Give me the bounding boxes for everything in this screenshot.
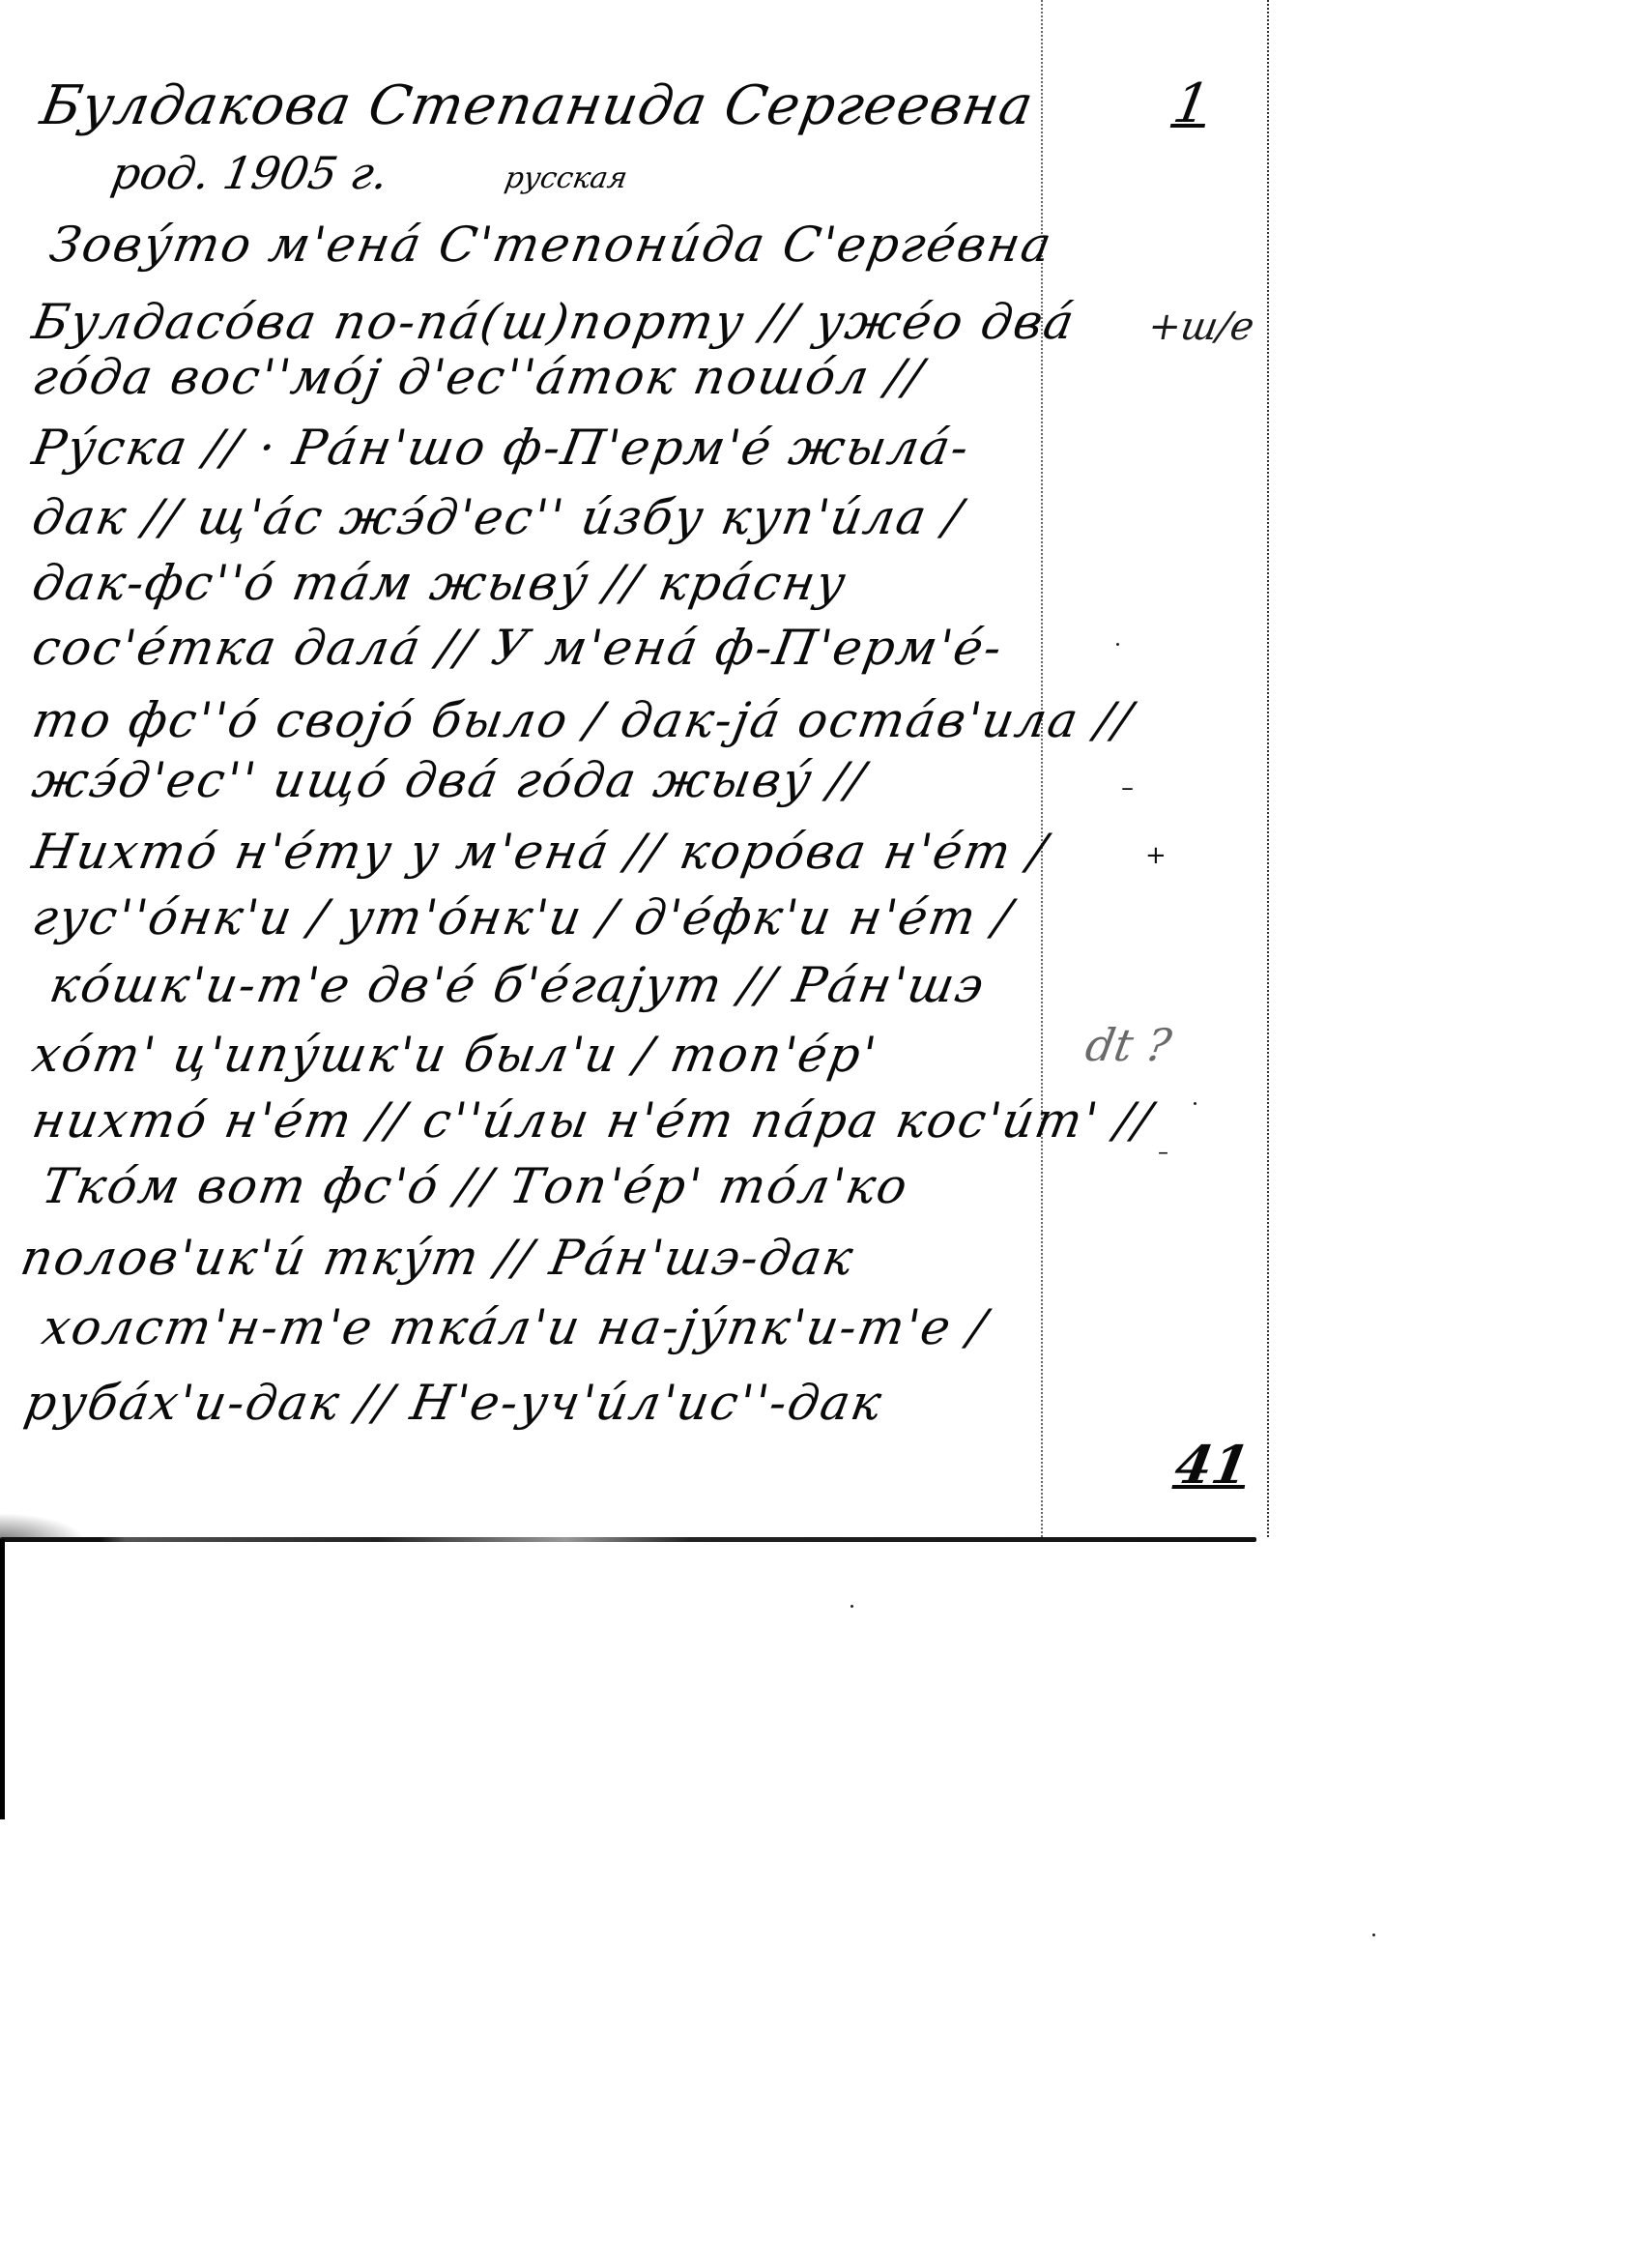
text-line-16: полов'ик'и́ ткýт // Ра́н'шэ-дак <box>17 1234 858 1282</box>
page-number: 41 <box>1171 1439 1254 1491</box>
text-line-10: Нихто́ н'е́ту у м'ена́ // коро́ва н'е́т … <box>29 828 1052 876</box>
text-line-9: жэ́д'ес'' ищо́ два́ го́да жывý // <box>29 756 870 804</box>
text-line-6: дак-фс''о́ та́м жывý // кра́сну <box>29 559 850 607</box>
dash-mark-2: – <box>1158 1141 1168 1165</box>
text-line-4: Ру́ска // · Ра́н'шо ф-П'ерм'е́ жыла́- <box>29 423 974 472</box>
sheet-number: 1 <box>1169 77 1214 131</box>
speck <box>1116 643 1119 646</box>
speck <box>850 1605 853 1608</box>
scanned-page: Булдакова Степанида Сергеевна 1 род. 190… <box>0 0 1643 2268</box>
scan-left-bar <box>0 1539 5 1819</box>
text-line-18: руба́х'и-дак // Н'е-уч'и́л'ис''-дак <box>21 1379 886 1427</box>
text-line-7: сос'е́тка дала́ // У м'ена́ ф-П'ерм'е́- <box>29 624 1007 672</box>
page-bottom-edge <box>0 1537 1256 1542</box>
nationality: русская <box>503 164 629 193</box>
text-line-17: холст'н-т'е тка́л'и на-jу́пк'и-т'е / <box>39 1303 992 1352</box>
text-line-13: хо́т' ц'ипу́шк'и был'и / топ'е́р' <box>29 1031 881 1079</box>
page-edge-dotted-line <box>1267 0 1269 1537</box>
text-line-8: то фс''о́ свojо́ было / дак-jа́ оста́в'и… <box>29 696 1137 744</box>
dash-mark: – <box>1121 773 1134 802</box>
plus-mark: + <box>1145 841 1167 870</box>
text-line-15: Тко́м вот фс'о́ // Топ'е́р' то́л'ко <box>39 1162 912 1210</box>
speck <box>1194 1102 1196 1105</box>
text-line-3: го́да вос''мо́j д'ес''а́ток пошо́л // <box>29 353 928 401</box>
text-line-14: нихто́ н'е́т // с''и́лы н'е́т па́ра кос'… <box>29 1096 1157 1145</box>
text-line-5: дак // щ'а́с жэ́д'ес'' и́збу куп'и́ла / <box>29 493 967 541</box>
text-line-1: Зову́то м'ена́ С'тепони́да С'ерге́вна <box>46 220 1056 269</box>
margin-note-middle: dt ? <box>1082 1023 1174 1067</box>
text-line-2: Булдасо́ва по-па́(ш)порту // уже́о два́ <box>29 298 1080 346</box>
margin-note-top: +ш/е <box>1145 307 1257 346</box>
informant-name: Булдакова Степанида Сергеевна <box>37 79 1037 133</box>
birth-year: род. 1905 г. <box>108 151 391 195</box>
text-line-11: гус''о́нк'и / ут'о́нк'и / д'е́фк'и н'е́т… <box>29 893 1017 942</box>
speck <box>1372 1934 1375 1936</box>
text-line-12: ко́шк'и-т'е дв'е́ б'е́гаjут // Ра́н'шэ <box>46 961 989 1009</box>
